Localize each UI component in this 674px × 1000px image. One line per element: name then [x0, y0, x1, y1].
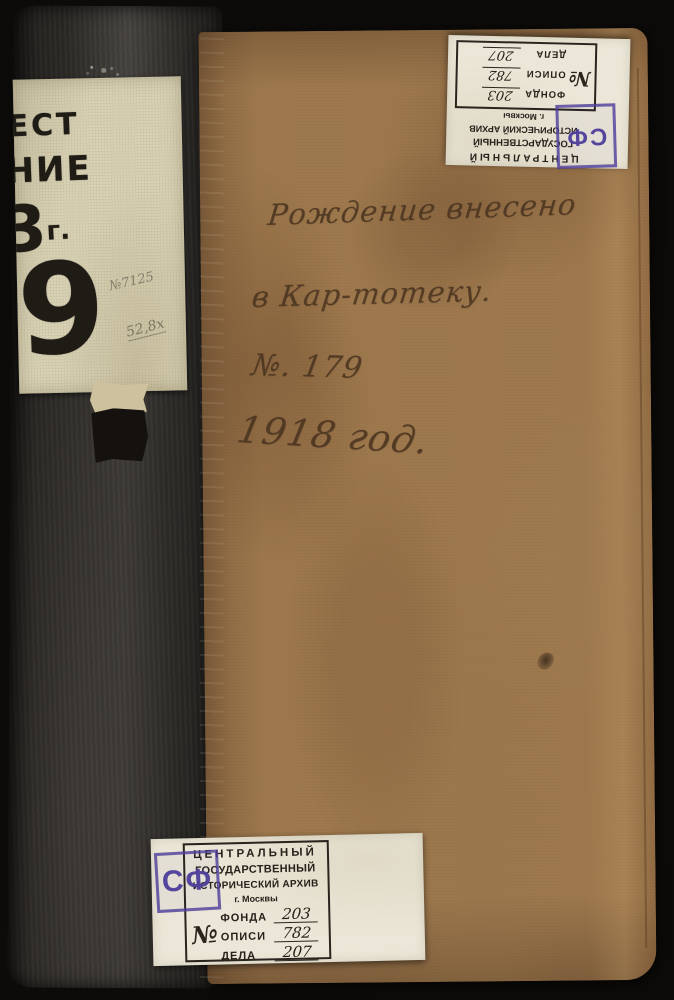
- handwriting-number-line: №. 179: [249, 348, 366, 386]
- paint-specks: [90, 66, 93, 69]
- opis-row: ОПИСИ 782: [481, 67, 565, 89]
- opis-row: ОПИСИ 782: [221, 922, 319, 943]
- delo-value: 207: [481, 47, 521, 62]
- sf-stamp-top: СФ: [555, 103, 617, 169]
- book-cover-photo: ЕСТ НИЕ 3г. 9 №7125 52,8х Рождение внесе…: [0, 0, 674, 1000]
- delo-value: 207: [275, 944, 320, 961]
- fond-value: 203: [274, 906, 319, 923]
- pencil-inventory-number: №7125: [108, 270, 155, 293]
- pencil-size-note: 52,8х: [125, 317, 167, 342]
- opis-label: ОПИСИ: [520, 68, 566, 80]
- fond-label: ФОНДА: [519, 88, 565, 100]
- fond-value: 203: [480, 87, 520, 102]
- archive-label-bottom: ЦЕНТРАЛЬНЫЙ ГОСУДАРСТВЕННЫЙ ИСТОРИЧЕСКИЙ…: [151, 833, 426, 966]
- spine-label-fragment-1: ЕСТ: [13, 110, 81, 143]
- torn-dark-patch: [91, 407, 149, 463]
- number-sign: №: [187, 918, 222, 950]
- cover-edge-crease: [637, 68, 647, 948]
- opis-value: 782: [274, 925, 319, 942]
- archive-numbers-top: № ФОНДА 203 ОПИСИ 782 ДЕЛА 207: [481, 47, 594, 110]
- fond-row: ФОНДА 203: [220, 903, 318, 924]
- sf-stamp-bottom: СФ: [154, 849, 221, 913]
- opis-value: 782: [481, 67, 521, 82]
- delo-row: ДЕЛА 207: [221, 941, 319, 962]
- delo-label: ДЕЛА: [520, 48, 566, 60]
- spine-label-fragment-4: 9: [15, 245, 107, 374]
- fond-row: ФОНДА 203: [481, 87, 565, 109]
- archive-numbers-bottom: № ФОНДА 203 ОПИСИ 782 ДЕЛА 207: [188, 903, 319, 963]
- spine-label: ЕСТ НИЕ 3г. 9 №7125 52,8х: [13, 76, 188, 393]
- archive-label-top: ЦЕНТРАЛЬНЫЙ ГОСУДАРСТВЕННЫЙ ИСТОРИЧЕСКИЙ…: [446, 35, 631, 169]
- number-sign: №: [565, 67, 594, 92]
- delo-row: ДЕЛА 207: [482, 47, 566, 69]
- delo-label: ДЕЛА: [221, 949, 275, 962]
- spine-label-fragment-2: НИЕ: [13, 151, 93, 188]
- frayed-hinge: [200, 34, 224, 978]
- handwriting-line-2: в Кар-тотеку.: [250, 274, 494, 314]
